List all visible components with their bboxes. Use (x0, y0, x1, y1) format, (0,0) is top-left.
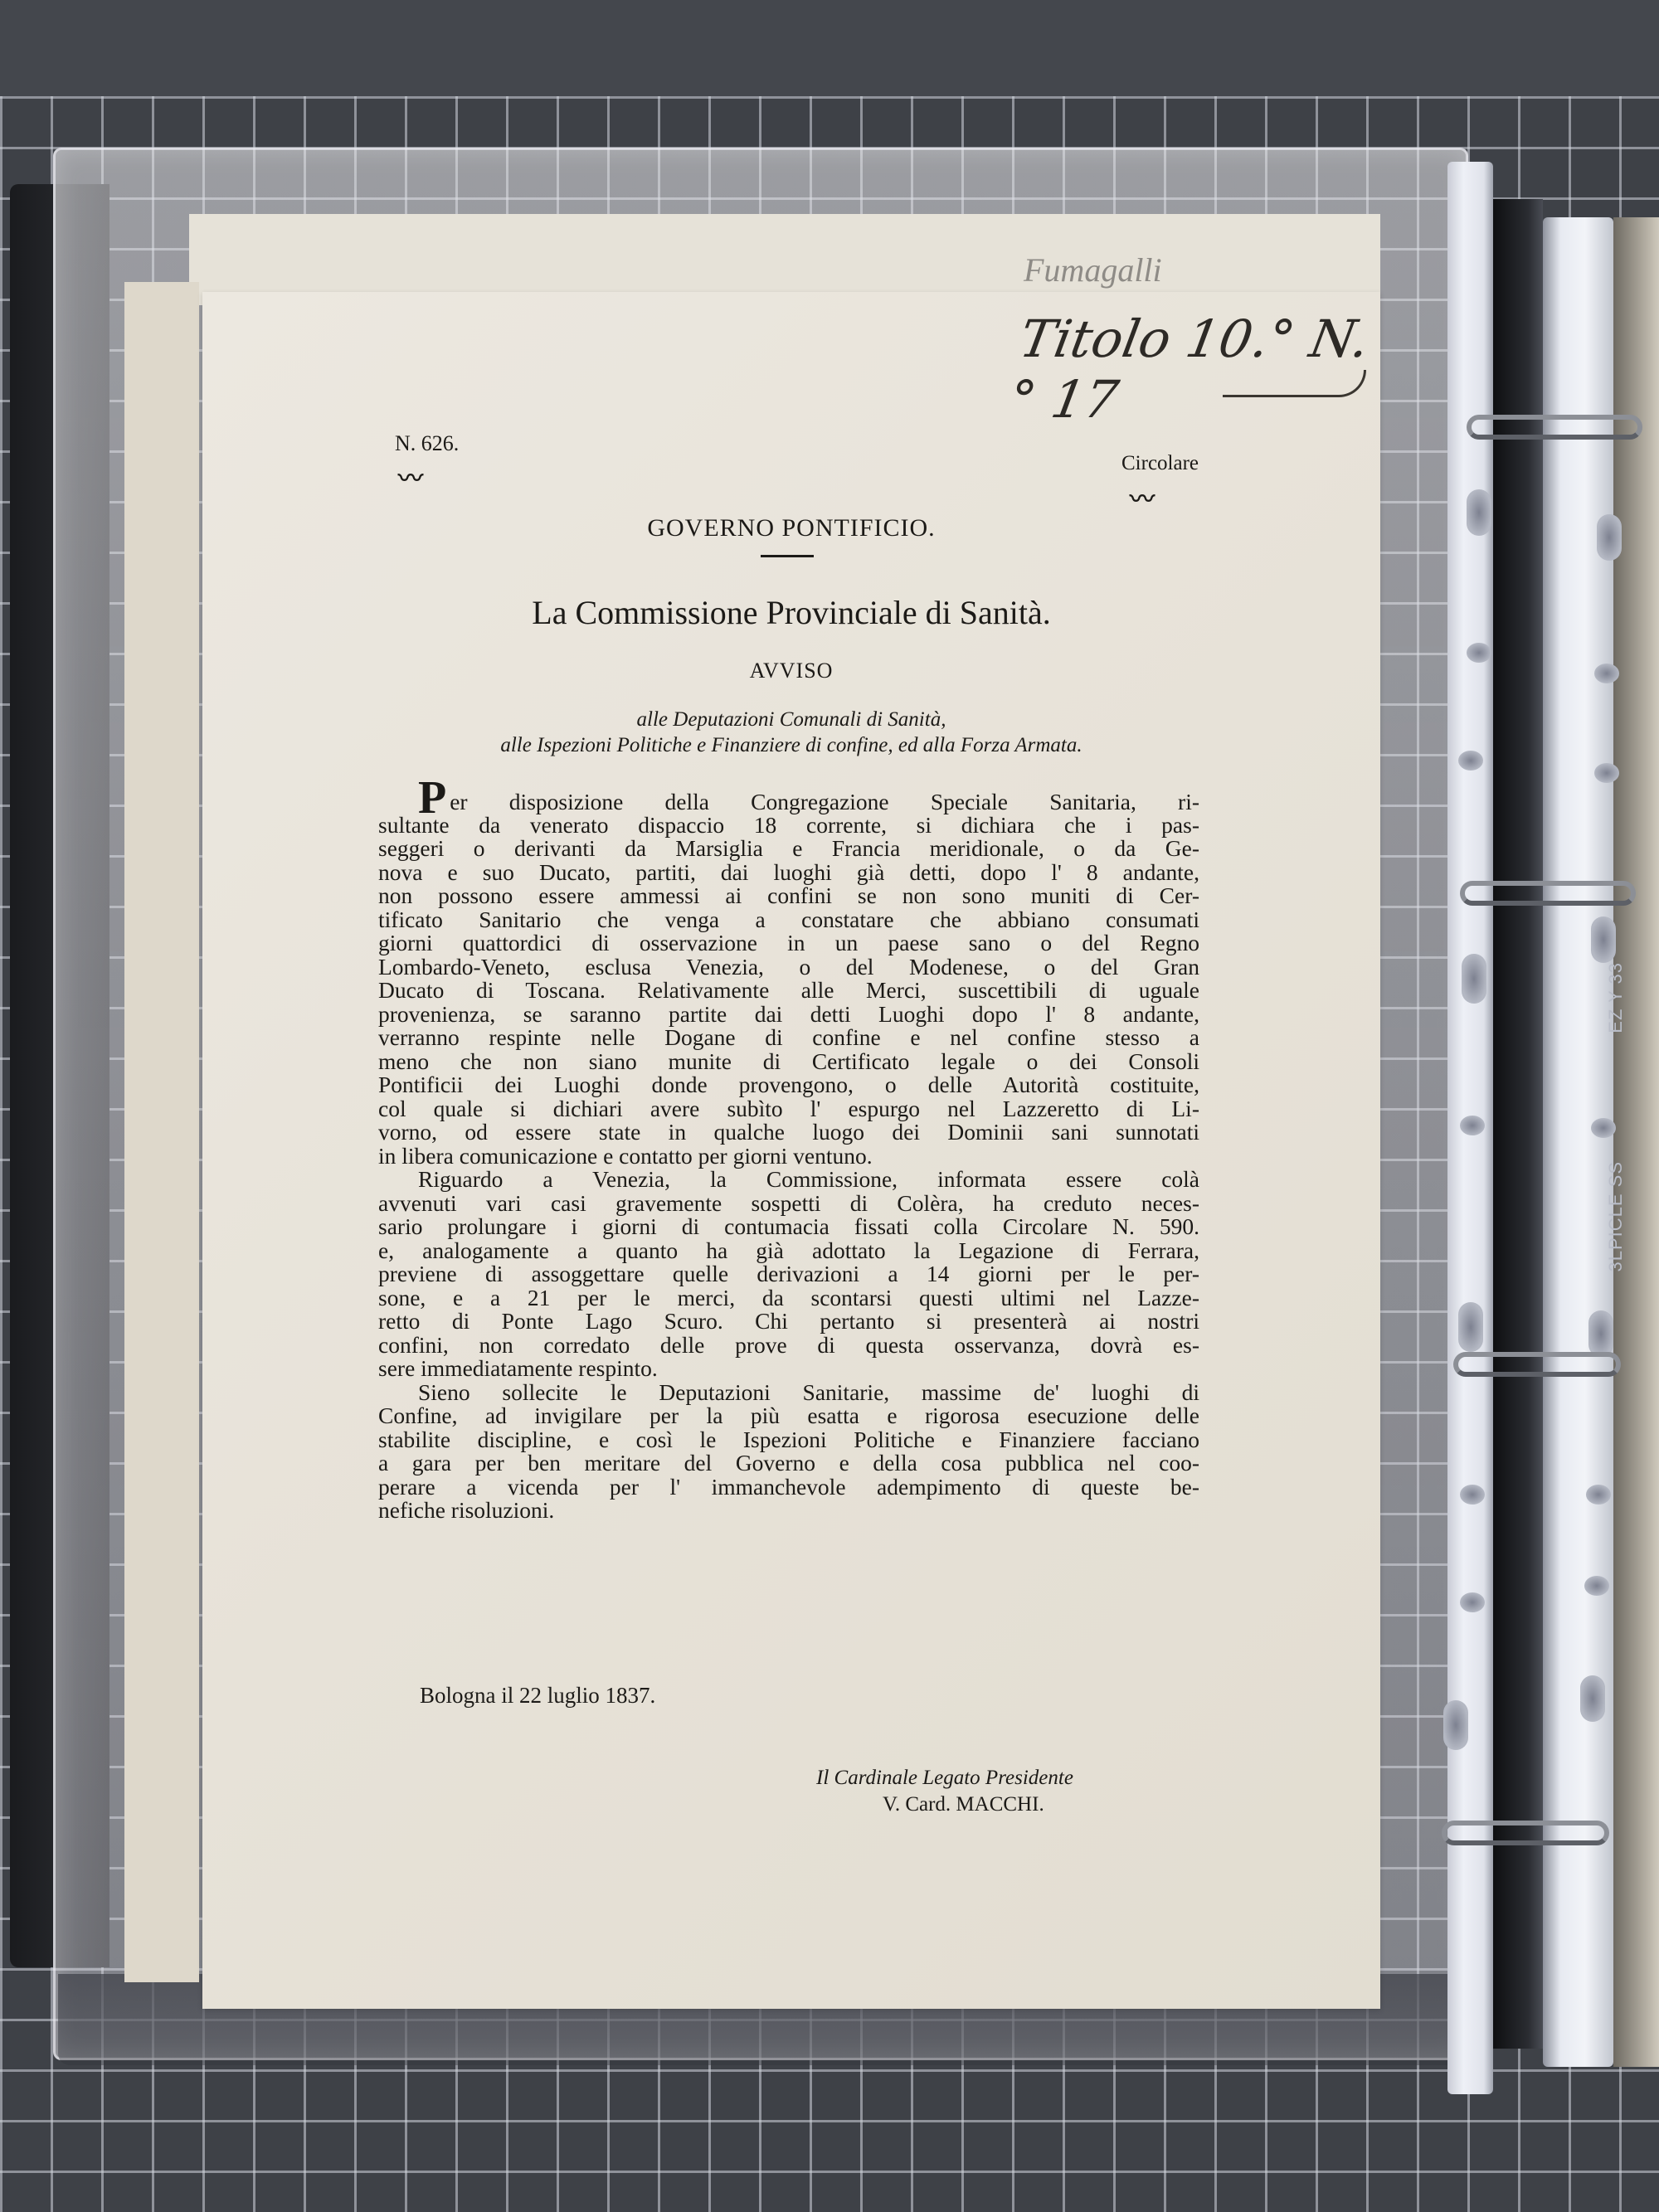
sleeve-emboss-text: 3LPICLE SS (1605, 1161, 1627, 1272)
punch-hole (1580, 1675, 1605, 1722)
body-line: previene di assoggettare quelle derivazi… (378, 1262, 1199, 1286)
notice-body: Per disposizione della Congregazione Spe… (378, 790, 1199, 1523)
faint-annotation: Fumagalli (1024, 250, 1162, 289)
circular-number: N. 626. (395, 431, 459, 456)
punch-hole (1460, 1116, 1485, 1135)
document-page: Fumagalli Titolo 10.° N.° 17 N. 626. 〰 C… (202, 292, 1380, 2009)
next-document-edge (1613, 217, 1659, 2067)
body-line: retto di Ponte Lago Scuro. Chi pertanto … (378, 1310, 1199, 1334)
punch-hole (1591, 1118, 1616, 1138)
document-type-label: Circolare (1121, 452, 1199, 475)
body-line: perare a vicenda per l' immanchevole ade… (378, 1475, 1199, 1500)
swash-ornament-icon: 〰 (398, 458, 420, 494)
notice-heading: AVVISO (202, 659, 1380, 683)
binder-ring (1460, 881, 1636, 906)
sleeve-emboss-text: EZ Y 33 (1605, 962, 1627, 1033)
body-line: e, analogamente a quanto ha già adottato… (378, 1239, 1199, 1263)
next-sleeve-punch-strip (1543, 217, 1613, 2067)
handwritten-archive-reference: Titolo 10.° N.° 17 (1005, 309, 1391, 430)
body-line: Sieno sollecite le Deputazioni Sanitarie… (378, 1381, 1199, 1405)
body-line: sone, e a 21 per le merci, da scontarsi … (378, 1286, 1199, 1310)
body-line: sultante da venerato dispaccio 18 corren… (378, 814, 1199, 838)
binder-spine-gap (1493, 199, 1543, 2049)
body-line: seggeri o derivanti da Marsiglia e Franc… (378, 837, 1199, 861)
punch-hole (1460, 1592, 1485, 1612)
body-line: Lombardo-Veneto, esclusa Venezia, o del … (378, 955, 1199, 980)
signatory-name: V. Card. MACCHI. (883, 1793, 1044, 1816)
body-line: nefiche risoluzioni. (378, 1499, 1199, 1523)
punch-hole (1458, 751, 1483, 771)
binder-ring (1442, 1821, 1609, 1845)
handwritten-underline (1223, 370, 1366, 397)
body-line: sario prolungare i giorni di contumacia … (378, 1215, 1199, 1239)
binder-ring (1467, 415, 1642, 440)
body-line: verranno respinte nelle Dogane di confin… (378, 1026, 1199, 1050)
body-line: meno che non siano munite di Certificato… (378, 1050, 1199, 1074)
punch-hole (1467, 643, 1491, 663)
signatory-title: Il Cardinale Legato Presidente (816, 1767, 1073, 1790)
body-line: Pontificii dei Luoghi donde provengono, … (378, 1073, 1199, 1097)
underlying-sheet-left (124, 282, 199, 1982)
body-line: Per disposizione della Congregazione Spe… (378, 790, 1199, 814)
body-line: a gara per ben meritare del Governo e de… (378, 1451, 1199, 1475)
body-line: Confine, ad invigilare per la più esatta… (378, 1404, 1199, 1428)
addressee-line: alle Ispezioni Politiche e Finanziere di… (202, 734, 1380, 757)
place-and-date: Bologna il 22 luglio 1837. (420, 1683, 655, 1709)
punch-hole (1586, 1485, 1611, 1505)
body-line: non possono essere ammessi ai confini se… (378, 884, 1199, 908)
punch-hole (1591, 916, 1616, 963)
swash-ornament-icon: 〰 (1130, 479, 1151, 515)
punch-hole (1594, 664, 1619, 683)
cutting-mat-top (0, 0, 1659, 96)
punch-hole (1584, 1576, 1609, 1596)
body-line: giorni quattordici di osservazione in un… (378, 931, 1199, 955)
body-line: col quale si dichiari avere subìto l' es… (378, 1097, 1199, 1121)
addressee-line: alle Deputazioni Comunali di Sanità, (202, 708, 1380, 732)
issuer-title: La Commissione Provinciale di Sanità. (202, 593, 1380, 632)
punch-hole (1460, 1485, 1485, 1505)
punch-hole (1462, 954, 1486, 1004)
binder-ring (1453, 1352, 1621, 1377)
punch-hole (1594, 763, 1619, 783)
body-line: tificato Sanitario che venga a constatar… (378, 908, 1199, 932)
body-line: vorno, od essere state in qualche luogo … (378, 1121, 1199, 1145)
heading-divider (761, 555, 814, 557)
government-heading: GOVERNO PONTIFICIO. (202, 514, 1380, 542)
punch-hole (1597, 514, 1622, 561)
body-line: Riguardo a Venezia, la Commissione, info… (378, 1168, 1199, 1192)
punch-hole (1458, 1302, 1483, 1352)
body-line: avvenuti vari casi gravemente sospetti d… (378, 1192, 1199, 1216)
body-line: sere immediatamente respinto. (378, 1357, 1199, 1381)
punch-hole (1588, 1310, 1613, 1357)
body-line: Ducato di Toscana. Relativamente alle Me… (378, 979, 1199, 1003)
body-line: provenienza, se saranno partite dai dett… (378, 1003, 1199, 1027)
body-line: confini, non corredato delle prove di qu… (378, 1334, 1199, 1358)
punch-hole (1443, 1700, 1468, 1750)
punch-hole (1467, 489, 1491, 536)
body-line: nova e suo Ducato, partiti, dai luoghi g… (378, 861, 1199, 885)
body-line: stabilite discipline, e così le Ispezion… (378, 1428, 1199, 1452)
body-line: in libera comunicazione e contatto per g… (378, 1145, 1199, 1169)
